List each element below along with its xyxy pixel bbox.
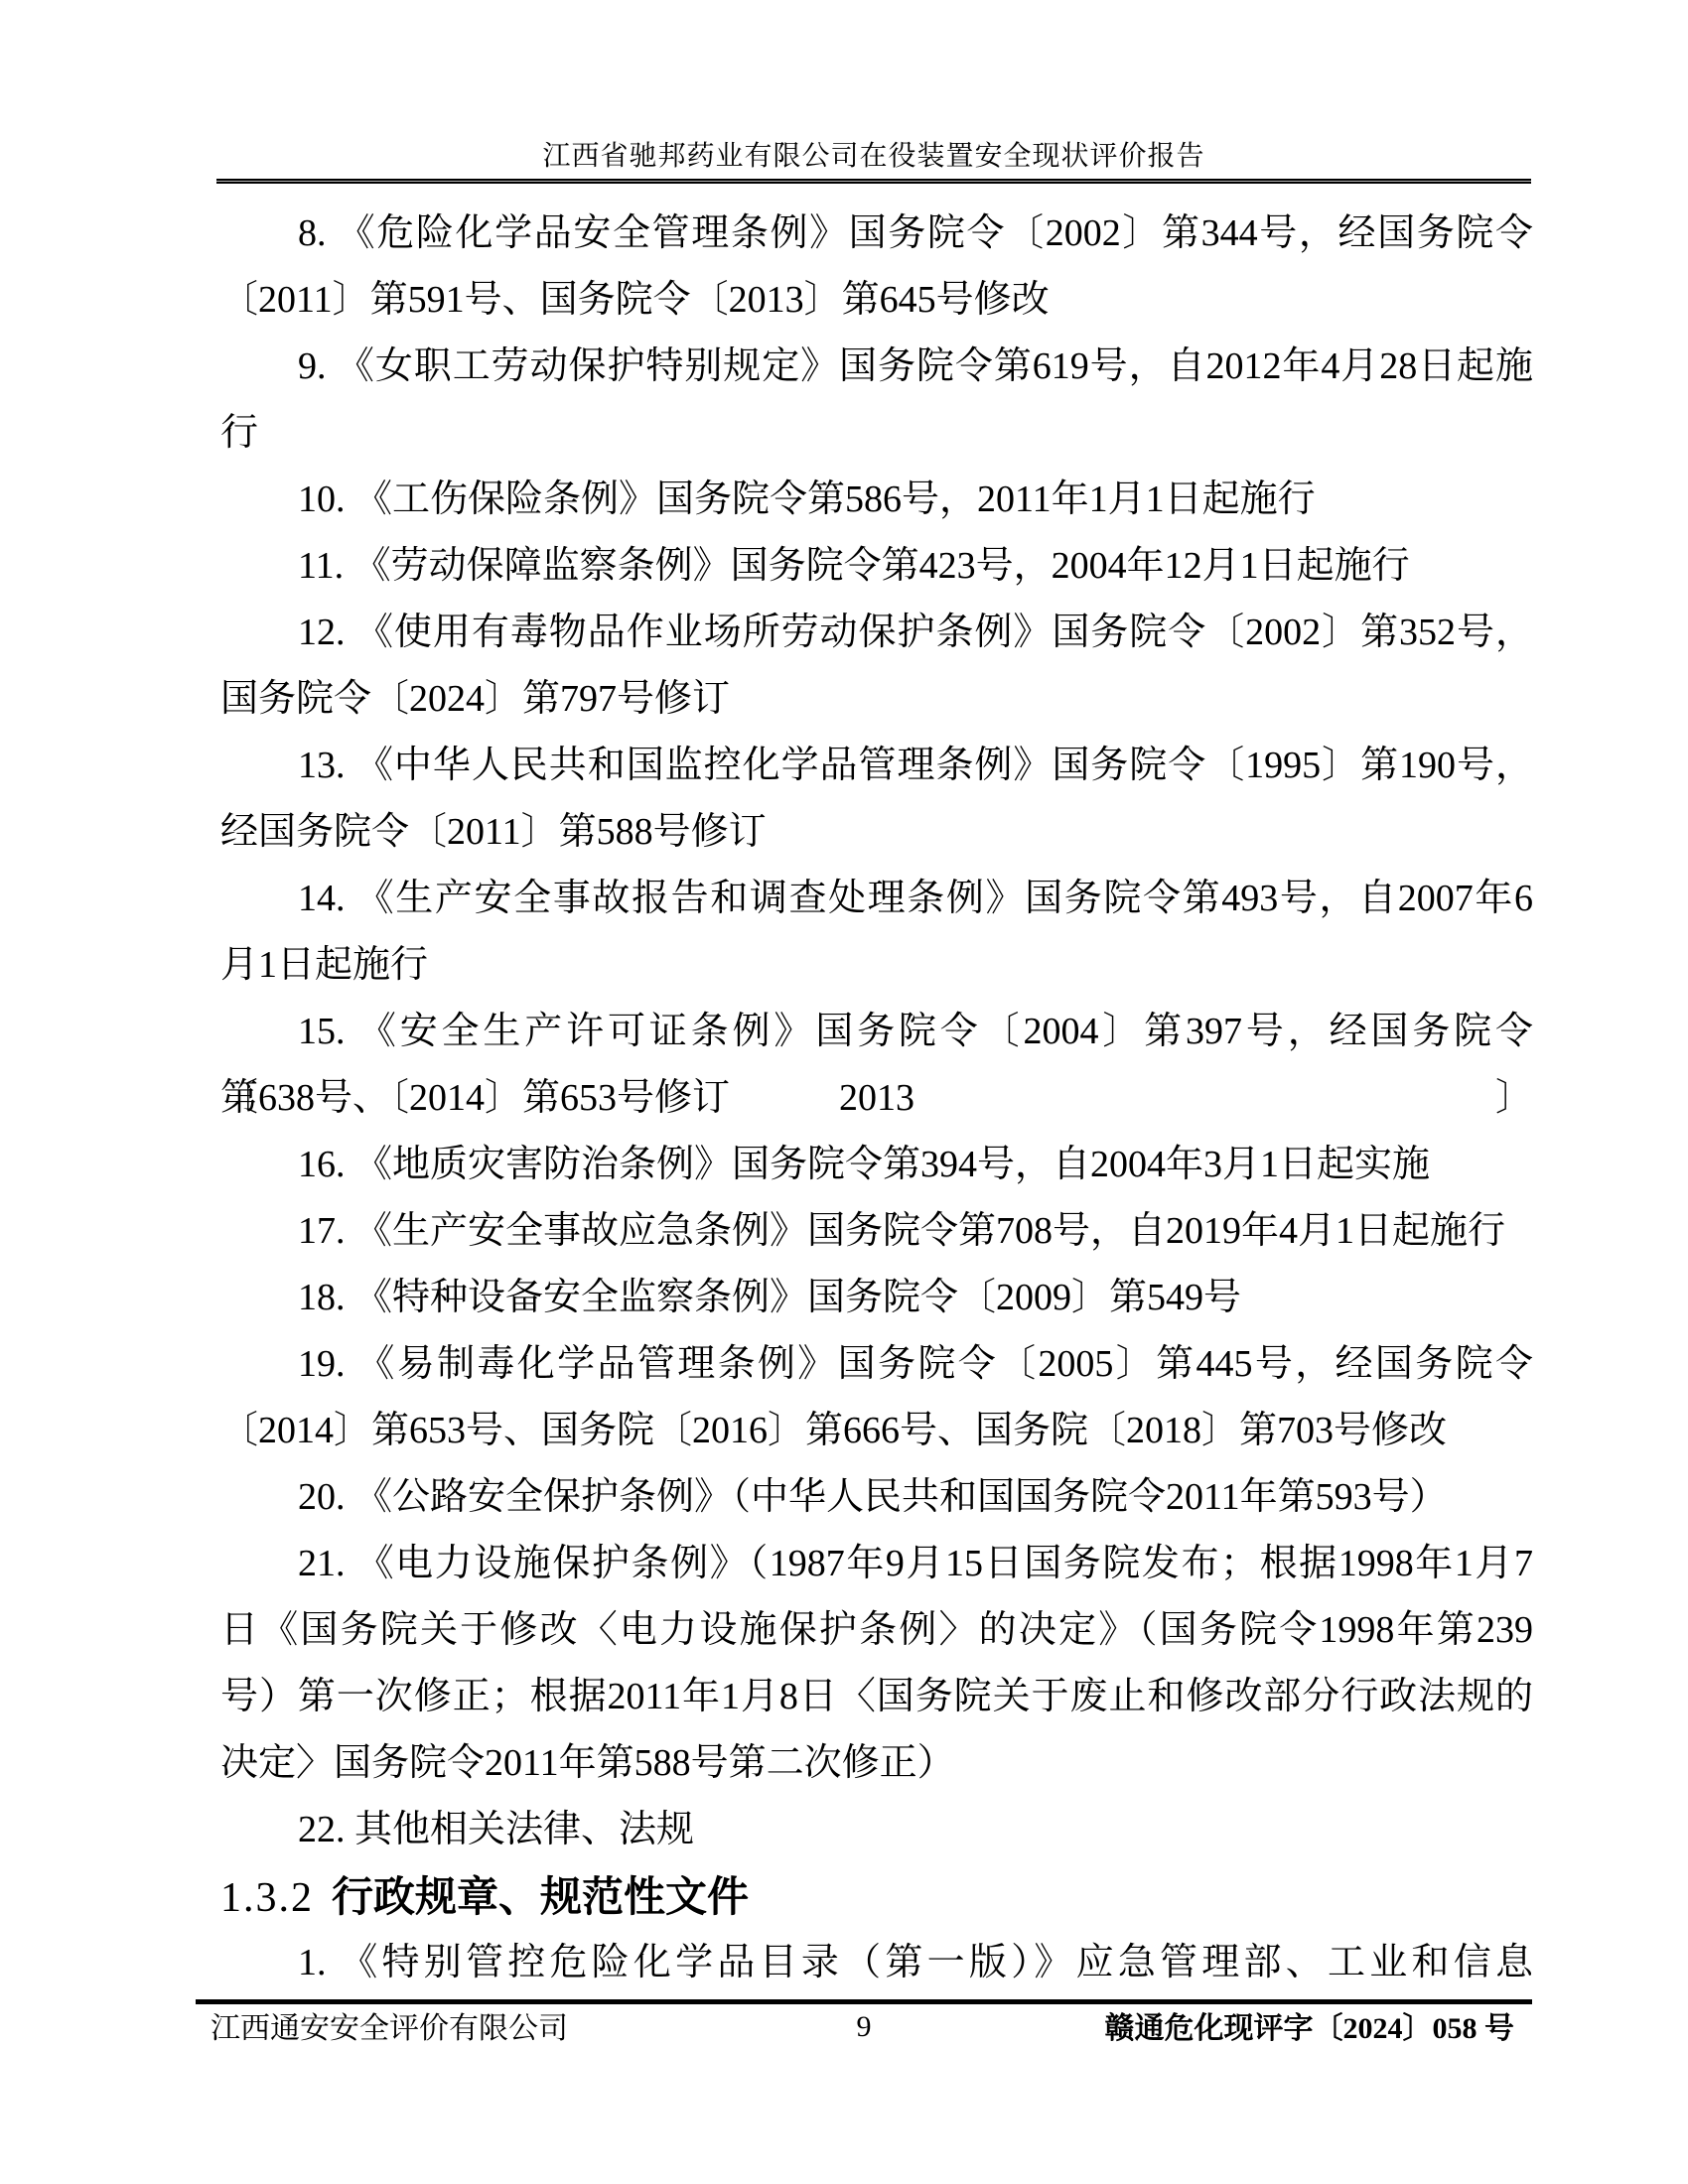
body-line-22: 日《国务院关于修改〈电力设施保护条例〉的决定》（国务院令1998年第239 bbox=[220, 1597, 1533, 1664]
section-number: 1.3.2 bbox=[220, 1875, 314, 1921]
body-line-27: 1. 《特别管控危险化学品目录（第一版）》应急管理部、工业和信息 bbox=[220, 1930, 1533, 1996]
body-line-25: 22. 其他相关法律、法规 bbox=[220, 1797, 1533, 1863]
body-line-13: 15. 《安全生产许可证条例》国务院令〔2004〕第397号，经国务院令〔201… bbox=[220, 999, 1533, 1065]
body-line-23: 号）第一次修正；根据2011年1月8日〈国务院关于废止和修改部分行政法规的 bbox=[220, 1664, 1533, 1730]
body-line-21: 21. 《电力设施保护条例》（1987年9月15日国务院发布；根据1998年1月… bbox=[220, 1531, 1533, 1597]
body-line-2: 〔2011〕第591号、国务院令〔2013〕第645号修改 bbox=[220, 267, 1533, 334]
section-title: 行政规章、规范性文件 bbox=[332, 1873, 749, 1920]
body-line-9: 13. 《中华人民共和国监控化学品管理条例》国务院令〔1995〕第190号， bbox=[220, 733, 1533, 799]
body-line-12: 月1日起施行 bbox=[220, 932, 1533, 999]
body-line-20: 20. 《公路安全保护条例》（中华人民共和国国务院令2011年第593号） bbox=[220, 1464, 1533, 1531]
body-line-10: 经国务院令〔2011〕第588号修订 bbox=[220, 799, 1533, 866]
body-line-4: 行 bbox=[220, 400, 1533, 467]
running-header-title: 江西省驰邦药业有限公司在役装置安全现状评价报告 bbox=[216, 139, 1531, 175]
section-heading-1-3-2: 1.3.2行政规章、规范性文件 bbox=[220, 1863, 1533, 1930]
body-line-15: 16. 《地质灾害防治条例》国务院令第394号，自2004年3月1日起实施 bbox=[220, 1132, 1533, 1198]
document-body: 8. 《危险化学品安全管理条例》国务院令〔2002〕第344号，经国务院令 〔2… bbox=[220, 201, 1533, 1996]
body-line-7: 12. 《使用有毒物品作业场所劳动保护条例》国务院令〔2002〕第352号， bbox=[220, 600, 1533, 666]
body-line-11: 14. 《生产安全事故报告和调查处理条例》国务院令第493号，自2007年6 bbox=[220, 866, 1533, 932]
body-line-5: 10. 《工伤保险条例》国务院令第586号，2011年1月1日起施行 bbox=[220, 467, 1533, 533]
body-line-18: 19. 《易制毒化学品管理条例》国务院令〔2005〕第445号，经国务院令 bbox=[220, 1331, 1533, 1398]
body-line-24: 决定〉国务院令2011年第588号第二次修正） bbox=[220, 1730, 1533, 1797]
body-line-8: 国务院令〔2024〕第797号修订 bbox=[220, 666, 1533, 733]
body-line-19: 〔2014〕第653号、国务院〔2016〕第666号、国务院〔2018〕第703… bbox=[220, 1398, 1533, 1464]
footer-rule bbox=[196, 1999, 1532, 2004]
body-line-3: 9. 《女职工劳动保护特别规定》国务院令第619号，自2012年4月28日起施 bbox=[220, 334, 1533, 400]
document-footer: 江西通安安全评价有限公司 9 赣通危化现评字〔2024〕058 号 bbox=[196, 2007, 1532, 2057]
header-rule bbox=[216, 179, 1531, 184]
document-page: 江西省驰邦药业有限公司在役装置安全现状评价报告 8. 《危险化学品安全管理条例》… bbox=[0, 0, 1688, 2184]
body-line-1: 8. 《危险化学品安全管理条例》国务院令〔2002〕第344号，经国务院令 bbox=[220, 201, 1533, 267]
footer-document-number: 赣通危化现评字〔2024〕058 号 bbox=[1105, 2007, 1515, 2051]
body-line-17: 18. 《特种设备安全监察条例》国务院令〔2009〕第549号 bbox=[220, 1265, 1533, 1331]
body-line-16: 17. 《生产安全事故应急条例》国务院令第708号，自2019年4月1日起施行 bbox=[220, 1198, 1533, 1265]
body-line-6: 11. 《劳动保障监察条例》国务院令第423号，2004年12月1日起施行 bbox=[220, 533, 1533, 600]
